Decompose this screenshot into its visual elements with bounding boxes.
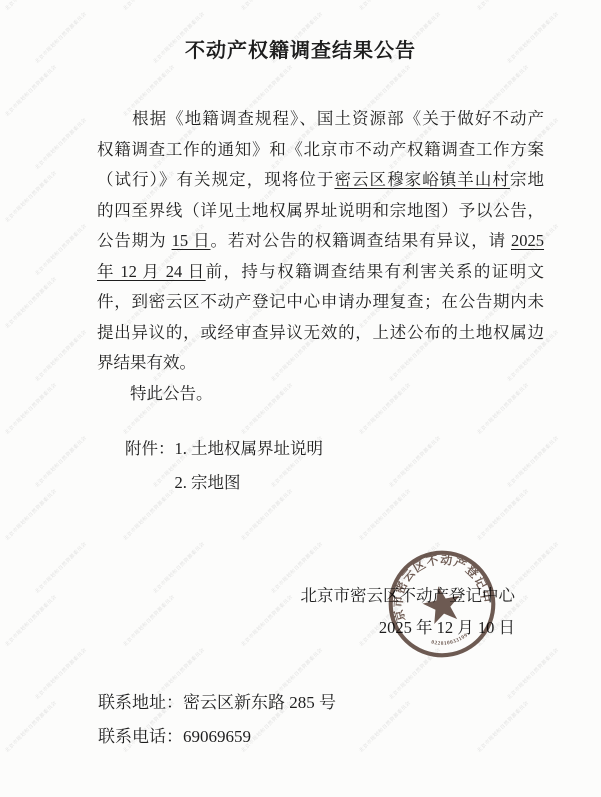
watermark-text: 北京市规划和自然资源委员会 — [4, 63, 59, 118]
body-line: 公告期为 15 日。若对公告的权籍调查结果有异议，请 2025 — [97, 226, 544, 257]
attachment-label: 附件： — [125, 439, 175, 458]
body-text: 界结果有效。 — [97, 353, 196, 372]
body-line: 根据《地籍调查规程》、国土资源部《关于做好不动产 — [97, 104, 544, 135]
watermark-text: 北京市规划和自然资源委员会 — [34, 646, 89, 701]
watermark-text: 北京市规划和自然资源委员会 — [34, 540, 89, 595]
body-line: 界结果有效。 — [97, 348, 544, 379]
watermark-text: 北京市规划和自然资源委员会 — [476, 487, 531, 542]
watermark-text: 北京市规划和自然资源委员会 — [4, 487, 59, 542]
watermark-text: 北京市规划和自然资源委员会 — [476, 699, 531, 754]
document-page: 北京市规划和自然资源委员会北京市规划和自然资源委员会北京市规划和自然资源委员会北… — [0, 0, 601, 797]
attachment-item: 2. 宗地图 — [175, 473, 241, 492]
watermark-text: 北京市规划和自然资源委员会 — [4, 381, 59, 436]
watermark-text: 北京市规划和自然资源委员会 — [388, 646, 443, 701]
body-text: 前，持与权籍调查结果有利害关系的证明文 — [206, 262, 544, 281]
watermark-text: 北京市规划和自然资源委员会 — [122, 593, 177, 648]
signature-org: 北京市密云区不动产登记中心 — [301, 580, 516, 612]
body-line: 特此公告。 — [97, 379, 544, 410]
watermark-text: 北京市规划和自然资源委员会 — [4, 169, 59, 224]
watermark-text: 北京市规划和自然资源委员会 — [34, 434, 89, 489]
attachment-item: 1. 土地权属界址说明 — [175, 439, 324, 458]
signature-block: 北京市密云区不动产登记中心 2025 年 12 月 10 日 — [301, 580, 516, 644]
watermark-text: 北京市规划和自然资源委员会 — [358, 487, 413, 542]
body-text: 宗地 — [510, 170, 544, 189]
signature-date: 2025 年 12 月 10 日 — [301, 612, 516, 644]
body-text: 权籍调查工作的通知》和《北京市不动产权籍调查工作方案 — [97, 140, 544, 159]
underlined-text: 2025 — [511, 231, 544, 250]
watermark-text: 北京市规划和自然资源委员会 — [4, 593, 59, 648]
body-paragraph: 根据《地籍调查规程》、国土资源部《关于做好不动产权籍调查工作的通知》和《北京市不… — [97, 104, 544, 409]
watermark-text: 北京市规划和自然资源委员会 — [506, 434, 561, 489]
underlined-text: 密云区穆家峪镇羊山村 — [334, 170, 510, 189]
attachment-row: 2. 宗地图 — [125, 466, 323, 500]
watermark-text: 北京市规划和自然资源委员会 — [240, 0, 295, 12]
body-text: 特此公告。 — [97, 384, 213, 403]
contact-address: 联系地址：密云区新东路 285 号 — [98, 686, 336, 720]
watermark-text: 北京市规划和自然资源委员会 — [358, 0, 413, 12]
watermark-text: 北京市规划和自然资源委员会 — [476, 0, 531, 12]
body-line: 提出异议的，或经审查异议无效的，上述公布的土地权属边 — [97, 318, 544, 349]
watermark-text: 北京市规划和自然资源委员会 — [4, 699, 59, 754]
body-text: 。若对公告的权籍调查结果有异议，请 — [210, 231, 511, 250]
body-line: 权籍调查工作的通知》和《北京市不动产权籍调查工作方案 — [97, 135, 544, 166]
watermark-text: 北京市规划和自然资源委员会 — [506, 646, 561, 701]
underlined-text: 年 12 月 24 日 — [97, 262, 206, 281]
body-line: 年 12 月 24 日前，持与权籍调查结果有利害关系的证明文 — [97, 257, 544, 288]
page-title: 不动产权籍调查结果公告 — [0, 36, 601, 66]
body-text: 公告期为 — [97, 231, 172, 250]
body-text: （试行）》有关规定，现将位于 — [97, 170, 334, 189]
body-line: 件，到密云区不动产登记中心申请办理复查；在公告期内未 — [97, 287, 544, 318]
body-text: 提出异议的，或经审查异议无效的，上述公布的土地权属边 — [97, 323, 544, 342]
watermark-text: 北京市规划和自然资源委员会 — [34, 116, 89, 171]
watermark-text: 北京市规划和自然资源委员会 — [388, 434, 443, 489]
watermark-text: 北京市规划和自然资源委员会 — [358, 699, 413, 754]
watermark-text: 北京市规划和自然资源委员会 — [152, 540, 207, 595]
watermark-text: 北京市规划和自然资源委员会 — [4, 275, 59, 330]
watermark-text: 北京市规划和自然资源委员会 — [122, 0, 177, 12]
body-text: 根据《地籍调查规程》、国土资源部《关于做好不动产 — [97, 109, 544, 128]
underlined-text: 15 日 — [172, 231, 211, 250]
body-line: 的四至界线（详见土地权属界址说明和宗地图）予以公告， — [97, 196, 544, 227]
watermark-text: 北京市规划和自然资源委员会 — [240, 593, 295, 648]
attachment-row: 附件：1. 土地权属界址说明 — [125, 432, 323, 466]
watermark-text: 北京市规划和自然资源委员会 — [34, 222, 89, 277]
body-text: 件，到密云区不动产登记中心申请办理复查；在公告期内未 — [97, 292, 544, 311]
contact-block: 联系地址：密云区新东路 285 号 联系电话：69069659 — [98, 686, 336, 753]
contact-phone: 联系电话：69069659 — [98, 720, 336, 754]
body-line: （试行）》有关规定，现将位于密云区穆家峪镇羊山村宗地 — [97, 165, 544, 196]
watermark-text: 北京市规划和自然资源委员会 — [34, 328, 89, 383]
watermark-text: 北京市规划和自然资源委员会 — [4, 0, 59, 12]
body-text: 的四至界线（详见土地权属界址说明和宗地图）予以公告， — [97, 201, 544, 220]
attachment-list: 附件：1. 土地权属界址说明 2. 宗地图 — [125, 432, 323, 500]
